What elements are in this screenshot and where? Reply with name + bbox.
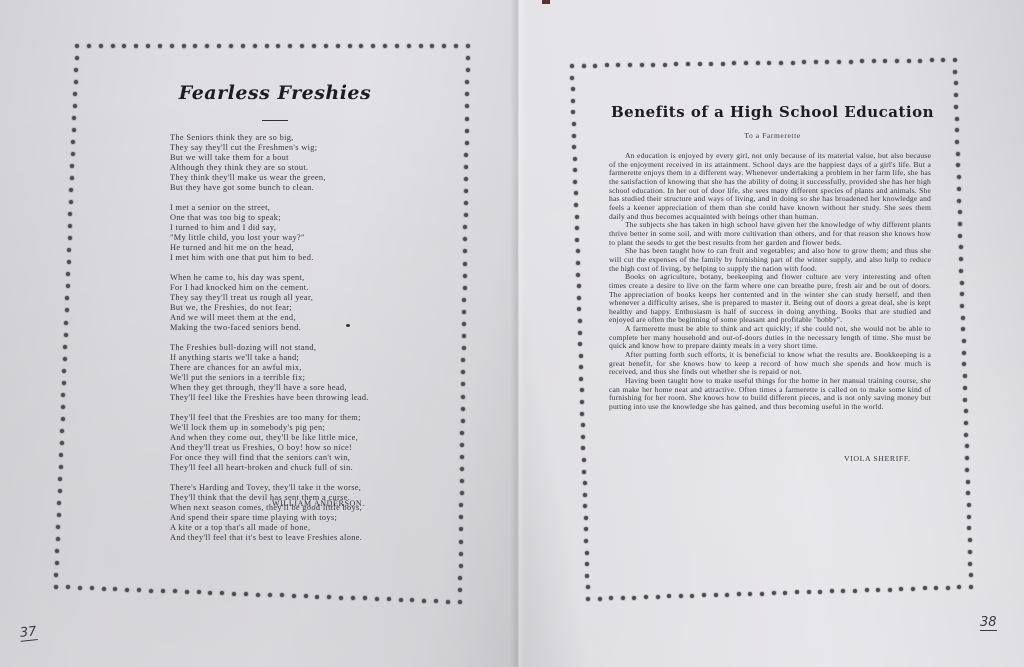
border-ornament (276, 44, 280, 48)
border-ornament (934, 586, 938, 590)
border-ornament (959, 257, 963, 261)
essay-paragraph: She has been taught how to can fruit and… (609, 247, 931, 273)
border-ornament (576, 249, 580, 253)
border-ornament (54, 585, 58, 589)
border-ornament (962, 339, 966, 343)
border-ornament (462, 346, 466, 350)
border-ornament (802, 60, 806, 64)
border-ornament (578, 319, 582, 323)
border-ornament (459, 515, 463, 519)
border-ornament (961, 327, 965, 331)
border-ornament (395, 44, 399, 48)
border-ornament (958, 210, 962, 214)
poem-line: He turned and hit me on the head, (170, 243, 430, 253)
border-ornament (968, 538, 972, 542)
border-ornament (430, 44, 434, 48)
border-ornament (967, 503, 971, 507)
border-ornament (464, 165, 468, 169)
border-ornament (348, 44, 352, 48)
border-ornament (465, 117, 469, 121)
border-ornament (304, 594, 308, 598)
page-number-left: 37 (19, 624, 37, 642)
essay-subtitle: To a Farmerette (600, 131, 945, 140)
poem-line: We'll lock them up in somebody's pig pen… (170, 423, 430, 433)
border-ornament (656, 595, 660, 599)
border-ornament (582, 64, 586, 68)
border-ornament (580, 388, 584, 392)
border-ornament (957, 199, 961, 203)
border-ornament (667, 594, 671, 598)
border-ornament (918, 59, 922, 63)
border-ornament (65, 308, 69, 312)
border-ornament (725, 593, 729, 597)
border-ornament (72, 128, 76, 132)
binding-mark (542, 0, 550, 4)
title-rule (262, 120, 288, 121)
border-ornament (888, 588, 892, 592)
border-ornament (585, 551, 589, 555)
border-ornament (75, 44, 79, 48)
border-ornament (466, 44, 470, 48)
border-ornament (422, 599, 426, 603)
border-ornament (837, 60, 841, 64)
border-ornament (464, 213, 468, 217)
essay-paragraph: After putting forth such efforts, it is … (609, 351, 931, 377)
border-ornament (584, 516, 588, 520)
border-ornament (465, 129, 469, 133)
border-ornament (68, 224, 72, 228)
border-ornament (955, 140, 959, 144)
border-ornament (963, 386, 967, 390)
poem-line: I met a senior on the street, (170, 203, 430, 213)
border-ornament (459, 540, 463, 544)
border-ornament (464, 153, 468, 157)
border-ornament (65, 296, 69, 300)
border-ornament (461, 370, 465, 374)
border-ornament (442, 44, 446, 48)
border-ornament (965, 444, 969, 448)
page-number-right: 38 (980, 615, 997, 631)
poem-line: And we will meet them at the end, (170, 313, 430, 323)
border-ornament (111, 44, 115, 48)
border-ornament (621, 596, 625, 600)
border-ornament (70, 176, 74, 180)
border-ornament (253, 44, 257, 48)
border-ornament (958, 234, 962, 238)
border-ornament (458, 576, 462, 580)
border-ornament (465, 92, 469, 96)
border-ornament (737, 592, 741, 596)
border-ornament (466, 68, 470, 72)
border-ornament (963, 398, 967, 402)
border-ornament (964, 409, 968, 413)
border-ornament (315, 595, 319, 599)
border-ornament (941, 58, 945, 62)
border-ornament (895, 59, 899, 63)
poem-line: They say they'll treat us rough all year… (170, 293, 430, 303)
border-ornament (78, 586, 82, 590)
border-ornament (459, 527, 463, 531)
border-ornament (73, 104, 77, 108)
border-ornament (161, 589, 165, 593)
poem-line: They'll feel all heart-broken and chuck … (170, 463, 430, 473)
border-ornament (690, 594, 694, 598)
border-ornament (465, 104, 469, 108)
border-ornament (134, 44, 138, 48)
border-ornament (955, 117, 959, 121)
border-ornament (576, 261, 580, 265)
border-ornament (964, 421, 968, 425)
essay-paragraph: Books on agriculture, botany, beekeeping… (609, 273, 931, 325)
border-ornament (371, 44, 375, 48)
border-ornament (953, 58, 957, 62)
border-ornament (572, 145, 576, 149)
poem-line: They'll feel that the Freshies are too m… (170, 413, 430, 423)
border-ornament (113, 587, 117, 591)
poem-line: But we, the Freshies, do not fear; (170, 303, 430, 313)
border-ornament (387, 597, 391, 601)
border-ornament (74, 68, 78, 72)
border-ornament (383, 44, 387, 48)
border-ornament (966, 491, 970, 495)
border-ornament (573, 180, 577, 184)
border-ornament (577, 296, 581, 300)
border-ornament (463, 249, 467, 253)
border-ornament (960, 292, 964, 296)
border-ornament (265, 44, 269, 48)
border-ornament (969, 585, 973, 589)
border-ornament (268, 593, 272, 597)
border-ornament (170, 44, 174, 48)
border-ornament (434, 599, 438, 603)
border-ornament (462, 298, 466, 302)
border-ornament (460, 431, 464, 435)
border-ornament (570, 76, 574, 80)
border-ornament (464, 189, 468, 193)
border-ornament (460, 443, 464, 447)
border-ornament (580, 412, 584, 416)
poem-line: There are chances for an awful mix, (170, 363, 430, 373)
border-ornament (580, 400, 584, 404)
border-ornament (954, 93, 958, 97)
border-ornament (967, 526, 971, 530)
essay-paragraph: The subjects she has taken in high schoo… (609, 221, 931, 247)
border-ornament (62, 381, 66, 385)
border-ornament (830, 589, 834, 593)
border-ornament (966, 480, 970, 484)
border-ornament (67, 260, 71, 264)
border-ornament (573, 168, 577, 172)
border-ornament (463, 237, 467, 241)
poem-line: Making the two-faced seniors bend. (170, 323, 430, 333)
border-ornament (458, 588, 462, 592)
border-ornament (71, 140, 75, 144)
border-ornament (351, 596, 355, 600)
border-ornament (959, 269, 963, 273)
border-ornament (783, 591, 787, 595)
poem-line: And they'll treat us Freshies, O boy! ho… (170, 443, 430, 453)
border-ornament (674, 62, 678, 66)
border-ornament (464, 201, 468, 205)
border-ornament (876, 588, 880, 592)
border-ornament (732, 61, 736, 65)
border-ornament (772, 591, 776, 595)
border-ornament (66, 284, 70, 288)
border-ornament (961, 316, 965, 320)
border-ornament (640, 63, 644, 67)
border-ornament (466, 56, 470, 60)
border-ornament (957, 187, 961, 191)
border-ornament (461, 419, 465, 423)
border-ornament (300, 44, 304, 48)
border-ornament (66, 272, 70, 276)
border-ornament (578, 342, 582, 346)
border-ornament (644, 595, 648, 599)
border-ornament (577, 284, 581, 288)
border-ornament (465, 80, 469, 84)
border-ornament (463, 274, 467, 278)
border-ornament (702, 593, 706, 597)
border-ornament (464, 177, 468, 181)
border-ornament (59, 453, 63, 457)
border-ornament (459, 564, 463, 568)
border-ornament (70, 164, 74, 168)
border-ornament (632, 596, 636, 600)
border-ornament (312, 44, 316, 48)
border-ornament (244, 592, 248, 596)
border-ornament (571, 87, 575, 91)
border-ornament (581, 423, 585, 427)
border-ornament (461, 358, 465, 362)
border-ornament (446, 600, 450, 604)
border-ornament (99, 44, 103, 48)
essay-body: An education is enjoyed by every girl, n… (609, 152, 931, 412)
border-ornament (56, 525, 60, 529)
border-ornament (359, 44, 363, 48)
border-ornament (907, 59, 911, 63)
border-ornament (55, 561, 59, 565)
border-ornament (64, 333, 68, 337)
border-ornament (58, 489, 62, 493)
border-ornament (69, 200, 73, 204)
border-ornament (965, 468, 969, 472)
poem-line: The Freshies bull-dozing will not stand, (170, 343, 430, 353)
border-ornament (66, 585, 70, 589)
border-ornament (574, 203, 578, 207)
poem-line: For once they will find that the seniors… (170, 453, 430, 463)
border-ornament (899, 587, 903, 591)
border-ornament (73, 92, 77, 96)
poem-title: Fearless Freshies (150, 82, 400, 104)
border-ornament (185, 590, 189, 594)
border-ornament (410, 598, 414, 602)
border-ornament (872, 59, 876, 63)
border-ornament (849, 60, 853, 64)
border-ornament (122, 44, 126, 48)
border-ornament (463, 286, 467, 290)
border-ornament (767, 61, 771, 65)
border-ornament (807, 590, 811, 594)
border-ornament (75, 56, 79, 60)
border-ornament (968, 550, 972, 554)
border-ornament (68, 212, 72, 216)
border-ornament (56, 537, 60, 541)
border-ornament (60, 441, 64, 445)
border-ornament (955, 128, 959, 132)
border-ornament (581, 435, 585, 439)
poem-line: The Seniors think they are so big, (170, 133, 430, 143)
border-ornament (256, 593, 260, 597)
border-ornament (598, 597, 602, 601)
poem-line: I turned to him and I did say, (170, 223, 430, 233)
border-ornament (968, 562, 972, 566)
poem-line: But they have got some bunch to clean. (170, 183, 430, 193)
border-ornament (959, 245, 963, 249)
poem-stanza: I met a senior on the street,One that wa… (170, 203, 430, 263)
essay-author: VIOLA SHERIFF. (844, 454, 911, 463)
border-ornament (573, 157, 577, 161)
border-ornament (814, 60, 818, 64)
border-ornament (462, 334, 466, 338)
poem-stanza: The Freshies bull-dozing will not stand,… (170, 343, 430, 403)
border-ornament (744, 61, 748, 65)
border-ornament (454, 44, 458, 48)
border-ornament (911, 587, 915, 591)
border-ornament (58, 477, 62, 481)
border-ornament (182, 44, 186, 48)
border-ornament (460, 491, 464, 495)
border-ornament (584, 527, 588, 531)
poem-stanza: There's Harding and Tovey, they'll take … (170, 483, 430, 543)
border-ornament (137, 588, 141, 592)
border-ornament (964, 433, 968, 437)
border-ornament (125, 588, 129, 592)
poem-line: One that was too big to speak; (170, 213, 430, 223)
border-ornament (579, 354, 583, 358)
border-ornament (953, 70, 957, 74)
border-ornament (463, 262, 467, 266)
book-spread: Fearless Freshies The Seniors think they… (0, 0, 1024, 667)
border-ornament (860, 59, 864, 63)
border-ornament (465, 141, 469, 145)
ink-speck (346, 324, 350, 327)
poem-line: If anything starts we'll take a hand; (170, 353, 430, 363)
border-ornament (463, 225, 467, 229)
border-ornament (419, 44, 423, 48)
border-ornament (969, 573, 973, 577)
border-ornament (883, 59, 887, 63)
poem-line: And when they come out, they'll be like … (170, 433, 430, 443)
border-ornament (575, 215, 579, 219)
border-ornament (61, 417, 65, 421)
border-ornament (173, 589, 177, 593)
border-ornament (67, 248, 71, 252)
border-ornament (63, 345, 67, 349)
border-ornament (208, 591, 212, 595)
border-ornament (577, 307, 581, 311)
border-ornament (686, 62, 690, 66)
border-ornament (960, 304, 964, 308)
border-ornament (458, 600, 462, 604)
border-ornament (572, 134, 576, 138)
essay-paragraph: A farmerette must be able to think and a… (609, 325, 931, 351)
poem-line: But we will take them for a bout (170, 153, 430, 163)
border-ornament (957, 175, 961, 179)
border-ornament (581, 446, 585, 450)
border-ornament (54, 573, 58, 577)
border-ornament (585, 562, 589, 566)
border-ornament (407, 44, 411, 48)
border-ornament (756, 61, 760, 65)
border-ornament (967, 515, 971, 519)
border-ornament (327, 595, 331, 599)
border-ornament (721, 62, 725, 66)
border-ornament (61, 405, 65, 409)
border-ornament (574, 191, 578, 195)
border-ornament (571, 99, 575, 103)
poem-line: They think they'll make us wear the gree… (170, 173, 430, 183)
border-ornament (363, 596, 367, 600)
border-ornament (795, 590, 799, 594)
border-ornament (956, 152, 960, 156)
border-ornament (965, 456, 969, 460)
poem-line: There's Harding and Tovey, they'll take … (170, 483, 430, 493)
border-ornament (760, 592, 764, 596)
border-ornament (791, 61, 795, 65)
border-ornament (460, 479, 464, 483)
border-ornament (229, 44, 233, 48)
border-ornament (149, 589, 153, 593)
border-ornament (582, 458, 586, 462)
poem-line: When he came to, his day was spent, (170, 273, 430, 283)
border-ornament (339, 596, 343, 600)
border-ornament (853, 589, 857, 593)
border-ornament (399, 598, 403, 602)
poem-author: WILLIAM ANDERSON. (272, 499, 365, 508)
border-ornament (375, 597, 379, 601)
border-ornament (158, 44, 162, 48)
border-ornament (825, 60, 829, 64)
border-ornament (582, 470, 586, 474)
essay-title: Benefits of a High School Education (600, 103, 945, 121)
border-ornament (954, 81, 958, 85)
border-ornament (583, 504, 587, 508)
border-ornament (586, 597, 590, 601)
poem-stanza: They'll feel that the Freshies are too m… (170, 413, 430, 473)
border-ornament (954, 105, 958, 109)
border-ornament (336, 44, 340, 48)
border-ornament (74, 80, 78, 84)
border-ornament (571, 110, 575, 114)
border-ornament (241, 44, 245, 48)
poem-line: And spend their spare time playing with … (170, 513, 430, 523)
poem-stanza: The Seniors think they are so big,They s… (170, 133, 430, 193)
poem-line: A kite or a top that's all made of bone, (170, 523, 430, 533)
poem-line: I met him with one that put him to bed. (170, 253, 430, 263)
border-ornament (960, 281, 964, 285)
border-ornament (57, 501, 61, 505)
border-ornament (61, 393, 65, 397)
border-ornament (651, 63, 655, 67)
border-ornament (818, 590, 822, 594)
border-ornament (217, 44, 221, 48)
border-ornament (460, 467, 464, 471)
border-ornament (593, 64, 597, 68)
border-ornament (579, 377, 583, 381)
border-ornament (572, 122, 576, 126)
poem-line: Although they think they are so stout. (170, 163, 430, 173)
border-ornament (232, 592, 236, 596)
